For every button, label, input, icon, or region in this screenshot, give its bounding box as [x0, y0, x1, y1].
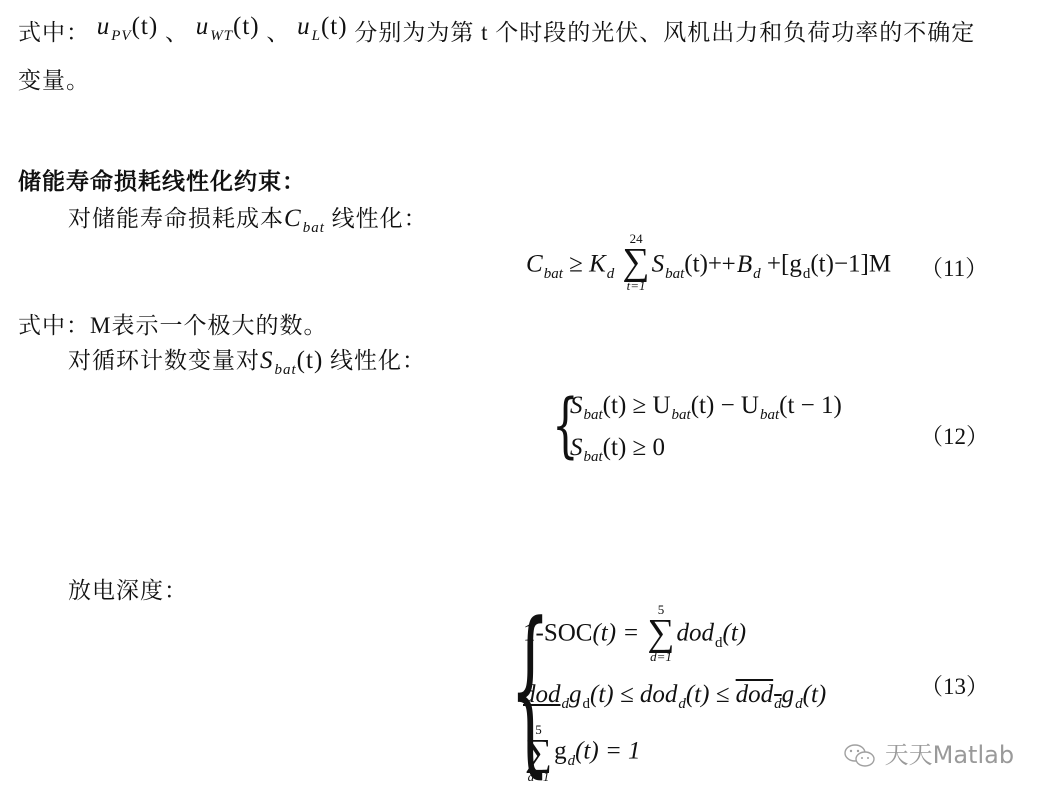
wechat-icon [843, 742, 877, 770]
intro-suffix: 分别为为第 t 个时段的光伏、风机出力和负荷功率的不确定 [354, 20, 975, 45]
equation-12: { Sbat(t) ≥ Ubat(t) − Ubat(t − 1) Sbat(t… [552, 390, 892, 475]
intro-line-2: 变量。 [18, 62, 90, 95]
dod-label: 放电深度： [68, 572, 188, 605]
watermark-text: 天天Matlab [885, 741, 1014, 769]
equation-number-13: （13） [920, 668, 989, 701]
watermark: 天天Matlab [843, 735, 1014, 770]
var-u-wt: uWT(t) [196, 13, 260, 40]
dod-lower-bound: dodd [523, 681, 569, 708]
eq12-row-2: Sbat(t) ≥ 0 [570, 434, 665, 466]
equation-13: { 1-SOC(t) = 5 ∑ d=1 dodd(t) doddgd(t) ≤… [510, 605, 870, 795]
eq13-row-3: 5 ∑ d=1 gd(t) = 1 [523, 723, 641, 783]
para-sbat: 对循环计数变量对Sbat(t) 线性化： [68, 342, 426, 379]
var-s-bat: Sbat(t) [260, 347, 323, 374]
section-heading: 储能寿命损耗线性化约束： [18, 163, 306, 196]
equation-11: Cbat ≥ Kd 24 ∑ t=1 Sbat(t)++Bd +[gd(t)−1… [526, 240, 891, 292]
summation-d: 5 ∑ d=1 [647, 603, 674, 663]
eq13-row-2: doddgd(t) ≤ dodd(t) ≤ doddgd(t) [523, 681, 826, 713]
var-u-l: uL(t) [297, 13, 347, 40]
eq12-row-1: Sbat(t) ≥ Ubat(t) − Ubat(t − 1) [570, 392, 842, 424]
equation-number-12: （12） [920, 418, 989, 451]
var-c-bat: Cbat [284, 205, 325, 232]
para-cbat: 对储能寿命损耗成本Cbat 线性化： [68, 200, 428, 237]
summation-d: 5 ∑ d=1 [525, 723, 552, 783]
eq13-row-1: 1-SOC(t) = 5 ∑ d=1 dodd(t) [523, 607, 746, 663]
summation-t: 24 ∑ t=1 [623, 232, 650, 292]
intro-prefix: 式中： [18, 20, 90, 45]
note-m: 式中：M表示一个极大的数。 [18, 307, 327, 340]
var-u-pv: uPV(t) [97, 13, 158, 40]
equation-number-11: （11） [920, 250, 988, 283]
dod-upper-bound: dodd [736, 681, 782, 708]
intro-line-1: 式中： uPV(t) 、 uWT(t) 、 uL(t) 分别为为第 t 个时段的… [18, 14, 975, 51]
